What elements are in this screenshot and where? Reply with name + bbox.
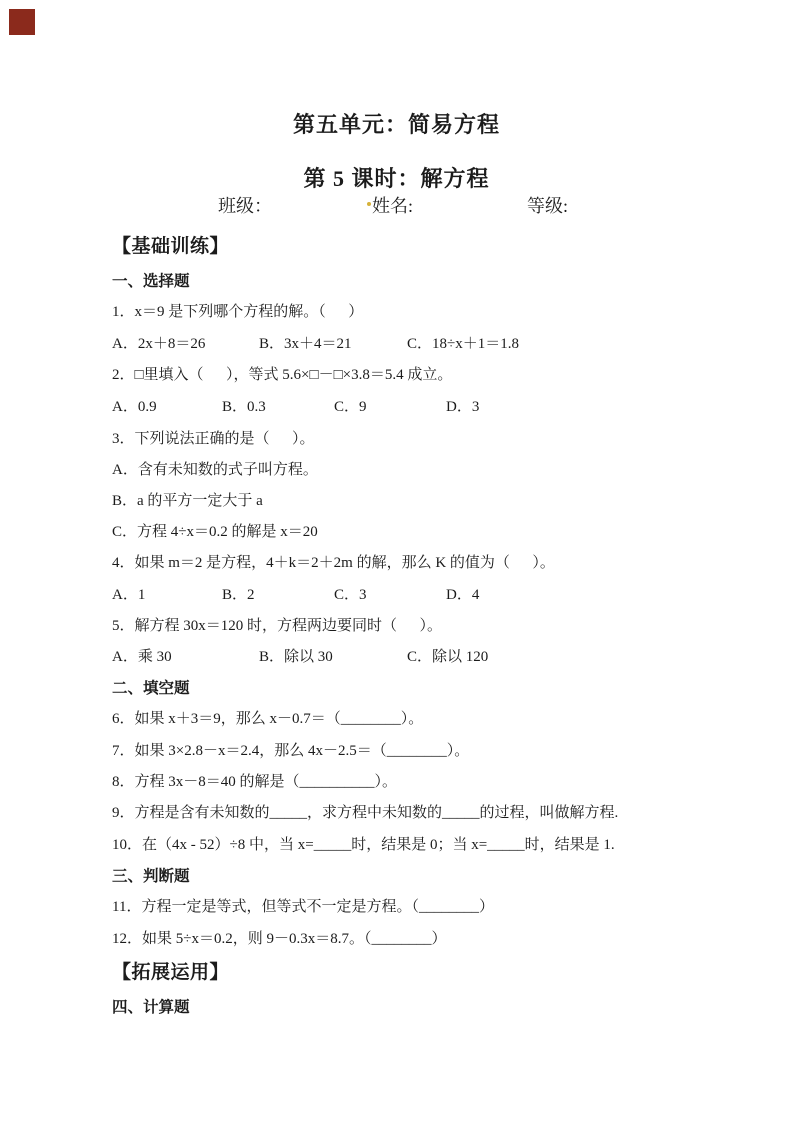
- grade-label: 等级:: [527, 192, 568, 218]
- question-11: 11．方程一定是等式，但等式不一定是方程。（________）: [112, 895, 494, 916]
- q1-option-b: B．3x＋4＝21: [259, 332, 352, 353]
- q1-option-a: A．2x＋8＝26: [112, 332, 205, 353]
- question-4: 4．如果 m＝2 是方程，4＋k＝2＋2m 的解，那么 K 的值为（ ）。: [112, 551, 555, 572]
- q5-option-a: A．乘 30: [112, 645, 172, 666]
- q4-option-c: C．3: [334, 583, 367, 604]
- question-9: 9．方程是含有未知数的_____，求方程中未知数的_____的过程，叫做解方程.: [112, 801, 618, 822]
- question-5-options: A．乘 30 B．除以 30 C．除以 120: [0, 645, 793, 665]
- unit-title: 第五单元：简易方程: [0, 108, 793, 139]
- q3-option-a: A．含有未知数的式子叫方程。: [112, 458, 318, 479]
- question-1: 1．x＝9 是下列哪个方程的解。（ ）: [112, 300, 363, 321]
- q2-option-c: C．9: [334, 395, 367, 416]
- lesson-title: 第 5 课时：解方程: [0, 162, 793, 193]
- q3-option-c: C．方程 4÷x＝0.2 的解是 x＝20: [112, 520, 318, 541]
- q3-option-b: B．a 的平方一定大于 a: [112, 489, 263, 510]
- q4-option-d: D．4: [446, 583, 479, 604]
- part2-heading: 二、填空题: [112, 676, 190, 698]
- section-basic-training: 【基础训练】: [112, 231, 229, 258]
- speck-artifact: [367, 202, 371, 206]
- question-5: 5．解方程 30x＝120 时，方程两边要同时（ ）。: [112, 614, 442, 635]
- question-6: 6．如果 x＋3＝9，那么 x－0.7＝（________）。: [112, 707, 423, 728]
- class-label: 班级：: [218, 192, 272, 218]
- part1-heading: 一、选择题: [112, 269, 190, 291]
- q2-option-a: A．0.9: [112, 395, 157, 416]
- q4-option-b: B．2: [222, 583, 255, 604]
- worksheet-page: 第五单元：简易方程 第 5 课时：解方程 班级： 姓名: 等级: 【基础训练】 …: [0, 0, 793, 1122]
- question-1-options: A．2x＋8＝26 B．3x＋4＝21 C．18÷x＋1＝1.8: [0, 332, 793, 352]
- question-8: 8．方程 3x－8＝40 的解是（__________）。: [112, 770, 397, 791]
- question-3: 3．下列说法正确的是（ ）。: [112, 427, 315, 448]
- part4-heading: 四、计算题: [112, 995, 190, 1017]
- name-label: 姓名:: [372, 192, 413, 218]
- question-2: 2．□里填入（ ），等式 5.6×□－□×3.8＝5.4 成立。: [112, 363, 452, 384]
- question-10: 10．在（4x - 52）÷8 中，当 x=_____时，结果是 0；当 x=_…: [112, 833, 615, 854]
- q5-option-c: C．除以 120: [407, 645, 488, 666]
- section-extended-use: 【拓展运用】: [112, 957, 229, 984]
- q2-option-d: D．3: [446, 395, 479, 416]
- q4-option-a: A．1: [112, 583, 145, 604]
- q1-option-c: C．18÷x＋1＝1.8: [407, 332, 519, 353]
- question-4-options: A．1 B．2 C．3 D．4: [0, 583, 793, 603]
- question-12: 12．如果 5÷x＝0.2，则 9－0.3x＝8.7。（________）: [112, 927, 446, 948]
- red-watermark-square: [9, 9, 35, 35]
- q5-option-b: B．除以 30: [259, 645, 333, 666]
- q2-option-b: B．0.3: [222, 395, 266, 416]
- question-2-options: A．0.9 B．0.3 C．9 D．3: [0, 395, 793, 415]
- part3-heading: 三、判断题: [112, 864, 190, 886]
- question-7: 7．如果 3×2.8－x＝2.4，那么 4x－2.5＝（________）。: [112, 739, 469, 760]
